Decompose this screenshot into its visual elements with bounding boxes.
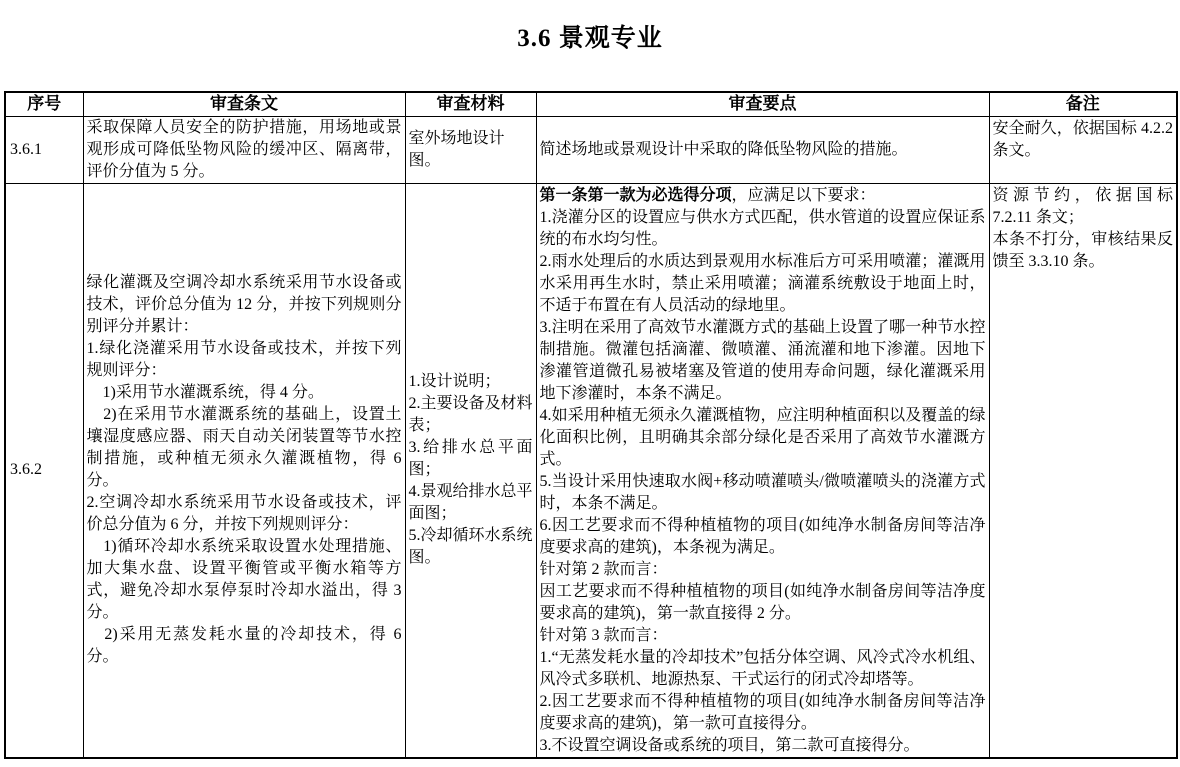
cell-provision: 绿化灌溉及空调冷却水系统采用节水设备或技术，评价总分值为 12 分，并按下列规则… bbox=[83, 183, 405, 758]
cell-serial: 3.6.1 bbox=[5, 116, 83, 183]
cell-keypoints: 简述场地或景观设计中采取的降低坠物风险的措施。 bbox=[536, 116, 989, 183]
col-header-serial: 序号 bbox=[5, 92, 83, 116]
keypoints-paragraphs: 1.浇灌分区的设置应与供水方式匹配，供水管道的设置应保证系统的布水均匀性。 2.… bbox=[540, 207, 986, 757]
col-header-provision: 审查条文 bbox=[83, 92, 405, 116]
cell-keypoints: 第一条第一款为必选得分项，应满足以下要求： 1.浇灌分区的设置应与供水方式匹配，… bbox=[536, 183, 989, 758]
table-row: 3.6.1 采取保障人员安全的防护措施，用场地或景观形成可降低坠物风险的缓冲区、… bbox=[5, 116, 1177, 183]
header-row: 序号 审查条文 审查材料 审查要点 备注 bbox=[5, 92, 1177, 116]
col-header-keypoints: 审查要点 bbox=[536, 92, 989, 116]
cell-remarks: 资源节约，依据国标 7.2.11 条文； 本条不打分，审核结果反馈至 3.3.1… bbox=[989, 183, 1177, 758]
keypoints-lead-bold: 第一条第一款为必选得分项 bbox=[540, 187, 732, 204]
page-title: 3.6 景观专业 bbox=[0, 0, 1180, 54]
cell-materials: 室外场地设计图。 bbox=[405, 116, 536, 183]
cell-remarks: 安全耐久，依据国标 4.2.2 条文。 bbox=[989, 116, 1177, 183]
keypoints-lead-line: 第一条第一款为必选得分项，应满足以下要求： bbox=[540, 185, 986, 207]
document-page: 3.6 景观专业 序号 审查条文 审查材料 审查要点 备注 3.6.1 采取保障… bbox=[0, 0, 1180, 767]
col-header-remarks: 备注 bbox=[989, 92, 1177, 116]
col-header-materials: 审查材料 bbox=[405, 92, 536, 116]
keypoints-lead-rest: ，应满足以下要求： bbox=[732, 187, 876, 204]
table-row: 3.6.2 绿化灌溉及空调冷却水系统采用节水设备或技术，评价总分值为 12 分，… bbox=[5, 183, 1177, 758]
cell-serial: 3.6.2 bbox=[5, 183, 83, 758]
cell-provision: 采取保障人员安全的防护措施，用场地或景观形成可降低坠物风险的缓冲区、隔离带，评价… bbox=[83, 116, 405, 183]
review-table: 序号 审查条文 审查材料 审查要点 备注 3.6.1 采取保障人员安全的防护措施… bbox=[4, 91, 1178, 759]
cell-materials: 1.设计说明； 2.主要设备及材料表； 3.给排水总平面图； 4.景观给排水总平… bbox=[405, 183, 536, 758]
